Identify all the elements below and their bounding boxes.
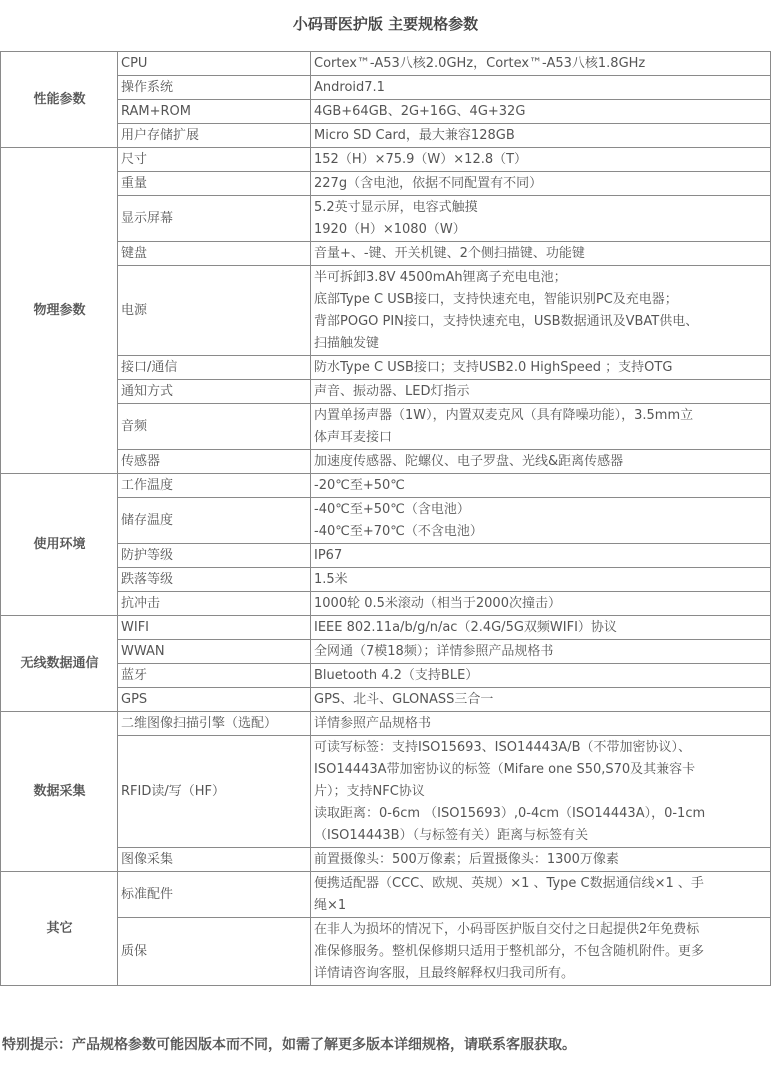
spec-value-line: 底部Type C USB接口，支持快速充电，智能识别PC及充电器；: [314, 289, 768, 311]
spec-label: 工作温度: [118, 474, 311, 498]
spec-value: IP67: [311, 544, 771, 568]
spec-label: 防护等级: [118, 544, 311, 568]
footer-note: 特别提示：产品规格参数可能因版本而不同，如需了解更多版本详细规格，请联系客服获取…: [2, 1034, 576, 1056]
spec-label: 储存温度: [118, 498, 311, 544]
spec-value-line: 227g（含电池，依据不同配置有不同）: [314, 173, 768, 195]
spec-label: WIFI: [118, 616, 311, 640]
spec-value-line: IP67: [314, 545, 768, 567]
spec-value: Cortex™-A53八核2.0GHz，Cortex™-A53八核1.8GHz: [311, 52, 771, 76]
spec-value-line: Bluetooth 4.2（支持BLE）: [314, 665, 768, 687]
spec-value-line: 音量+、-键、开关机键、2个侧扫描键、功能键: [314, 243, 768, 265]
spec-label: GPS: [118, 688, 311, 712]
spec-label: 传感器: [118, 450, 311, 474]
spec-value: 声音、振动器、LED灯指示: [311, 380, 771, 404]
spec-value-line: 内置单扬声器（1W），内置双麦克风（具有降噪功能），3.5mm立: [314, 405, 768, 427]
page-title: 小码哥医护版 主要规格参数: [0, 13, 771, 35]
category-cell: 物理参数: [1, 148, 118, 474]
spec-label: 接口/通信: [118, 356, 311, 380]
spec-value: GPS、北斗、GLONASS三合一: [311, 688, 771, 712]
spec-value: Android7.1: [311, 76, 771, 100]
spec-value-line: 5.2英寸显示屏，电容式触摸: [314, 197, 768, 219]
spec-value-line: 便携适配器（CCC、欧规、英规）×1 、Type C数据通信线×1 、手: [314, 873, 768, 895]
spec-value: 详情参照产品规格书: [311, 712, 771, 736]
spec-value-line: GPS、北斗、GLONASS三合一: [314, 689, 768, 711]
table-row: 数据采集二维图像扫描引擎（选配）详情参照产品规格书: [1, 712, 771, 736]
spec-value: 5.2英寸显示屏，电容式触摸1920（H）×1080（W）: [311, 196, 771, 242]
spec-value-line: 可读写标签：支持ISO15693、ISO14443A/B（不带加密协议）、: [314, 737, 768, 759]
table-row: 无线数据通信WIFIIEEE 802.11a/b/g/n/ac（2.4G/5G双…: [1, 616, 771, 640]
spec-value-line: -20℃至+50℃: [314, 475, 768, 497]
spec-value: 在非人为损坏的情况下，小码哥医护版自交付之日起提供2年免费标准保修服务。整机保修…: [311, 918, 771, 986]
category-cell: 数据采集: [1, 712, 118, 872]
spec-label: RAM+ROM: [118, 100, 311, 124]
table-row: 物理参数尺寸152（H）×75.9（W）×12.8（T）: [1, 148, 771, 172]
spec-label: 重量: [118, 172, 311, 196]
spec-value: 加速度传感器、陀螺仪、电子罗盘、光线&距离传感器: [311, 450, 771, 474]
spec-value-line: 读取距离：0-6cm （ISO15693）,0-4cm（ISO14443A），0…: [314, 803, 768, 825]
spec-value: 1000轮 0.5米滚动（相当于2000次撞击）: [311, 592, 771, 616]
spec-label: RFID读/写（HF）: [118, 736, 311, 848]
category-cell: 使用环境: [1, 474, 118, 616]
table-row: 性能参数CPUCortex™-A53八核2.0GHz，Cortex™-A53八核…: [1, 52, 771, 76]
spec-table: 性能参数CPUCortex™-A53八核2.0GHz，Cortex™-A53八核…: [0, 51, 771, 986]
spec-value-line: Android7.1: [314, 77, 768, 99]
spec-value: 4GB+64GB、2G+16G、4G+32G: [311, 100, 771, 124]
spec-table-body: 性能参数CPUCortex™-A53八核2.0GHz，Cortex™-A53八核…: [1, 52, 771, 986]
spec-label: 抗冲击: [118, 592, 311, 616]
spec-value: 前置摄像头：500万像素；后置摄像头：1300万像素: [311, 848, 771, 872]
spec-label: 尺寸: [118, 148, 311, 172]
spec-value-line: 前置摄像头：500万像素；后置摄像头：1300万像素: [314, 849, 768, 871]
spec-value-line: 防水Type C USB接口；支持USB2.0 HighSpeed ；支持OTG: [314, 357, 768, 379]
spec-value-line: 1920（H）×1080（W）: [314, 219, 768, 241]
spec-value-line: 4GB+64GB、2G+16G、4G+32G: [314, 101, 768, 123]
spec-value: 227g（含电池，依据不同配置有不同）: [311, 172, 771, 196]
spec-value: 音量+、-键、开关机键、2个侧扫描键、功能键: [311, 242, 771, 266]
table-row: 使用环境工作温度-20℃至+50℃: [1, 474, 771, 498]
spec-label: 图像采集: [118, 848, 311, 872]
spec-value: 1.5米: [311, 568, 771, 592]
spec-value-line: 详情参照产品规格书: [314, 713, 768, 735]
spec-label: CPU: [118, 52, 311, 76]
spec-value-line: 扫描触发键: [314, 333, 768, 355]
spec-value-line: IEEE 802.11a/b/g/n/ac（2.4G/5G双频WIFI）协议: [314, 617, 768, 639]
spec-label: 二维图像扫描引擎（选配）: [118, 712, 311, 736]
table-row: 其它标准配件便携适配器（CCC、欧规、英规）×1 、Type C数据通信线×1 …: [1, 872, 771, 918]
spec-value: Micro SD Card，最大兼容128GB: [311, 124, 771, 148]
spec-value: 全网通（7模18频）；详情参照产品规格书: [311, 640, 771, 664]
spec-value-line: Cortex™-A53八核2.0GHz，Cortex™-A53八核1.8GHz: [314, 53, 768, 75]
spec-value-line: 1000轮 0.5米滚动（相当于2000次撞击）: [314, 593, 768, 615]
spec-value: 可读写标签：支持ISO15693、ISO14443A/B（不带加密协议）、ISO…: [311, 736, 771, 848]
spec-value-line: 152（H）×75.9（W）×12.8（T）: [314, 149, 768, 171]
spec-value-line: 绳×1: [314, 895, 768, 917]
spec-label: WWAN: [118, 640, 311, 664]
spec-label: 跌落等级: [118, 568, 311, 592]
spec-value-line: 全网通（7模18频）；详情参照产品规格书: [314, 641, 768, 663]
spec-label: 操作系统: [118, 76, 311, 100]
spec-value: -20℃至+50℃: [311, 474, 771, 498]
spec-label: 电源: [118, 266, 311, 356]
spec-value-line: 片）；支持NFC协议: [314, 781, 768, 803]
spec-label: 蓝牙: [118, 664, 311, 688]
spec-value: 152（H）×75.9（W）×12.8（T）: [311, 148, 771, 172]
spec-value-line: 在非人为损坏的情况下，小码哥医护版自交付之日起提供2年免费标: [314, 919, 768, 941]
spec-value: 半可拆卸3.8V 4500mAh锂离子充电电池；底部Type C USB接口，支…: [311, 266, 771, 356]
spec-value-line: Micro SD Card，最大兼容128GB: [314, 125, 768, 147]
spec-value-line: 声音、振动器、LED灯指示: [314, 381, 768, 403]
category-cell: 其它: [1, 872, 118, 986]
spec-value: Bluetooth 4.2（支持BLE）: [311, 664, 771, 688]
spec-value-line: 准保修服务。整机保修期只适用于整机部分，不包含随机附件。更多: [314, 941, 768, 963]
spec-label: 显示屏幕: [118, 196, 311, 242]
spec-value-line: 背部POGO PIN接口，支持快速充电，USB数据通讯及VBAT供电、: [314, 311, 768, 333]
spec-value-line: -40℃至+70℃（不含电池）: [314, 521, 768, 543]
spec-label: 标准配件: [118, 872, 311, 918]
spec-value: IEEE 802.11a/b/g/n/ac（2.4G/5G双频WIFI）协议: [311, 616, 771, 640]
spec-label: 用户存储扩展: [118, 124, 311, 148]
spec-value-line: -40℃至+50℃（含电池）: [314, 499, 768, 521]
spec-value-line: （ISO14443B）（与标签有关）距离与标签有关: [314, 825, 768, 847]
spec-label: 质保: [118, 918, 311, 986]
category-cell: 无线数据通信: [1, 616, 118, 712]
spec-label: 通知方式: [118, 380, 311, 404]
spec-value-line: 1.5米: [314, 569, 768, 591]
spec-value: 防水Type C USB接口；支持USB2.0 HighSpeed ；支持OTG: [311, 356, 771, 380]
spec-value-line: 半可拆卸3.8V 4500mAh锂离子充电电池；: [314, 267, 768, 289]
spec-value-line: 加速度传感器、陀螺仪、电子罗盘、光线&距离传感器: [314, 451, 768, 473]
spec-value: 便携适配器（CCC、欧规、英规）×1 、Type C数据通信线×1 、手绳×1: [311, 872, 771, 918]
spec-value-line: ISO14443A带加密协议的标签（Mifare one S50,S70及其兼容…: [314, 759, 768, 781]
spec-value: -40℃至+50℃（含电池）-40℃至+70℃（不含电池）: [311, 498, 771, 544]
spec-value-line: 体声耳麦接口: [314, 427, 768, 449]
spec-value-line: 详情请咨询客服，且最终解释权归我司所有。: [314, 963, 768, 985]
spec-label: 键盘: [118, 242, 311, 266]
spec-value: 内置单扬声器（1W），内置双麦克风（具有降噪功能），3.5mm立体声耳麦接口: [311, 404, 771, 450]
spec-label: 音频: [118, 404, 311, 450]
category-cell: 性能参数: [1, 52, 118, 148]
